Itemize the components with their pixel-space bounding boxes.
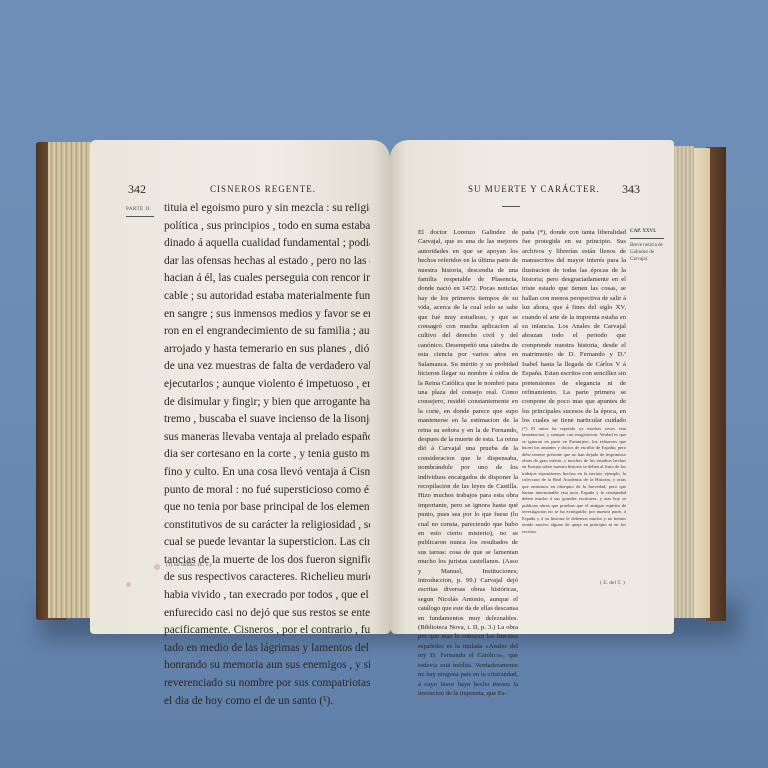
text-line: arrojado y hasta temerario en sus planes…: [164, 341, 370, 359]
left-body-text: tituia el egoismo puro y sin mezcla : su…: [164, 200, 370, 710]
right-page: SU MUERTE Y CARÁCTER. 343 El doctor Lore…: [390, 140, 674, 634]
text-line: cual se puede levantar la supersticion. …: [164, 534, 370, 552]
text-line: constitutivos de su carácter la religios…: [164, 517, 370, 535]
text-line: tremo , buscaba el suave incienso de la …: [164, 411, 370, 429]
text-line: dar las ofensas hechas al estado , pero …: [164, 253, 370, 271]
text-line: ron en el engrandecimiento de su familia…: [164, 323, 370, 341]
margin-rule: [630, 238, 664, 239]
text-column-1: El doctor Lorenzo Galindez de Carvajal, …: [418, 228, 518, 698]
text-line: enfurecido casi no dejó que sus restos s…: [164, 605, 370, 623]
text-line: en sangre ; sus inmensos medios y favor …: [164, 306, 370, 324]
margin-note: PARTE II.: [126, 206, 151, 213]
section-rule: [502, 206, 520, 207]
text-line: hacian á él, las cuales perseguia con re…: [164, 270, 370, 288]
text-line: sus maneras llevaba ventaja al prelado e…: [164, 429, 370, 447]
left-footnote: (1) Su tumba. (E. T.): [166, 562, 211, 568]
foxing-spot: [154, 564, 160, 570]
text-line: reverenciado su nombre por sus compatrio…: [164, 675, 370, 693]
page-number: 342: [128, 182, 146, 197]
text-line: fino y culto. En una cosa llevó ventaja …: [164, 464, 370, 482]
text-line: dia ser cortesano en la corte , y tenia …: [164, 446, 370, 464]
text-line: cable ; su autoridad estaba materialment…: [164, 288, 370, 306]
column-2-footnote: (*) El autor ha repetido ya muchas veces…: [522, 426, 626, 576]
running-head: CISNEROS REGENTE.: [210, 184, 316, 194]
text-line: tado en medio de las lágrimas y lamentos…: [164, 640, 370, 658]
text-line: que no tenia por base principal de los e…: [164, 499, 370, 517]
text-line: tituia el egoismo puro y sin mezcla : su…: [164, 200, 370, 218]
text-line: punto de moral : no fué supersticioso co…: [164, 482, 370, 500]
text-line: habia vivido , tan execrado por todos , …: [164, 587, 370, 605]
text-line: de una vez muestras de falta de verdader…: [164, 358, 370, 376]
left-page-edges: [48, 142, 94, 618]
running-head: SU MUERTE Y CARÁCTER.: [468, 184, 600, 194]
text-line: dinado á aquella cualidad fundamental ; …: [164, 235, 370, 253]
foxing-spot: [126, 582, 131, 587]
text-line: de disimular y fingir; y bien que arroga…: [164, 394, 370, 412]
text-column-2: paña (*), donde con tanta liberalidad fu…: [522, 228, 626, 422]
text-line: de sus respectivos caracteres. Richelieu…: [164, 569, 370, 587]
right-page-edges: [672, 146, 694, 618]
left-page: 342 CISNEROS REGENTE. PARTE II. tituia e…: [90, 140, 390, 634]
footnote-signature: ( E. del T. ): [600, 580, 625, 586]
right-endpaper: [692, 148, 710, 618]
margin-note-title: CAP. XXVI.: [630, 228, 656, 235]
text-line: el dia de hoy como el de un santo (¹).: [164, 693, 370, 711]
page-number: 343: [622, 182, 640, 197]
text-line: política , sus principios , todo en suma…: [164, 218, 370, 236]
margin-rule: [126, 216, 154, 217]
text-line: pacificamente. Cisneros , por el contrar…: [164, 622, 370, 640]
margin-note-body: Breve noticia de Galindez de Carvajal.: [630, 242, 664, 263]
text-line: honrando su memoria aun sus enemigos , y…: [164, 657, 370, 675]
text-line: ejecutarlos ; aunque violento é impetuos…: [164, 376, 370, 394]
